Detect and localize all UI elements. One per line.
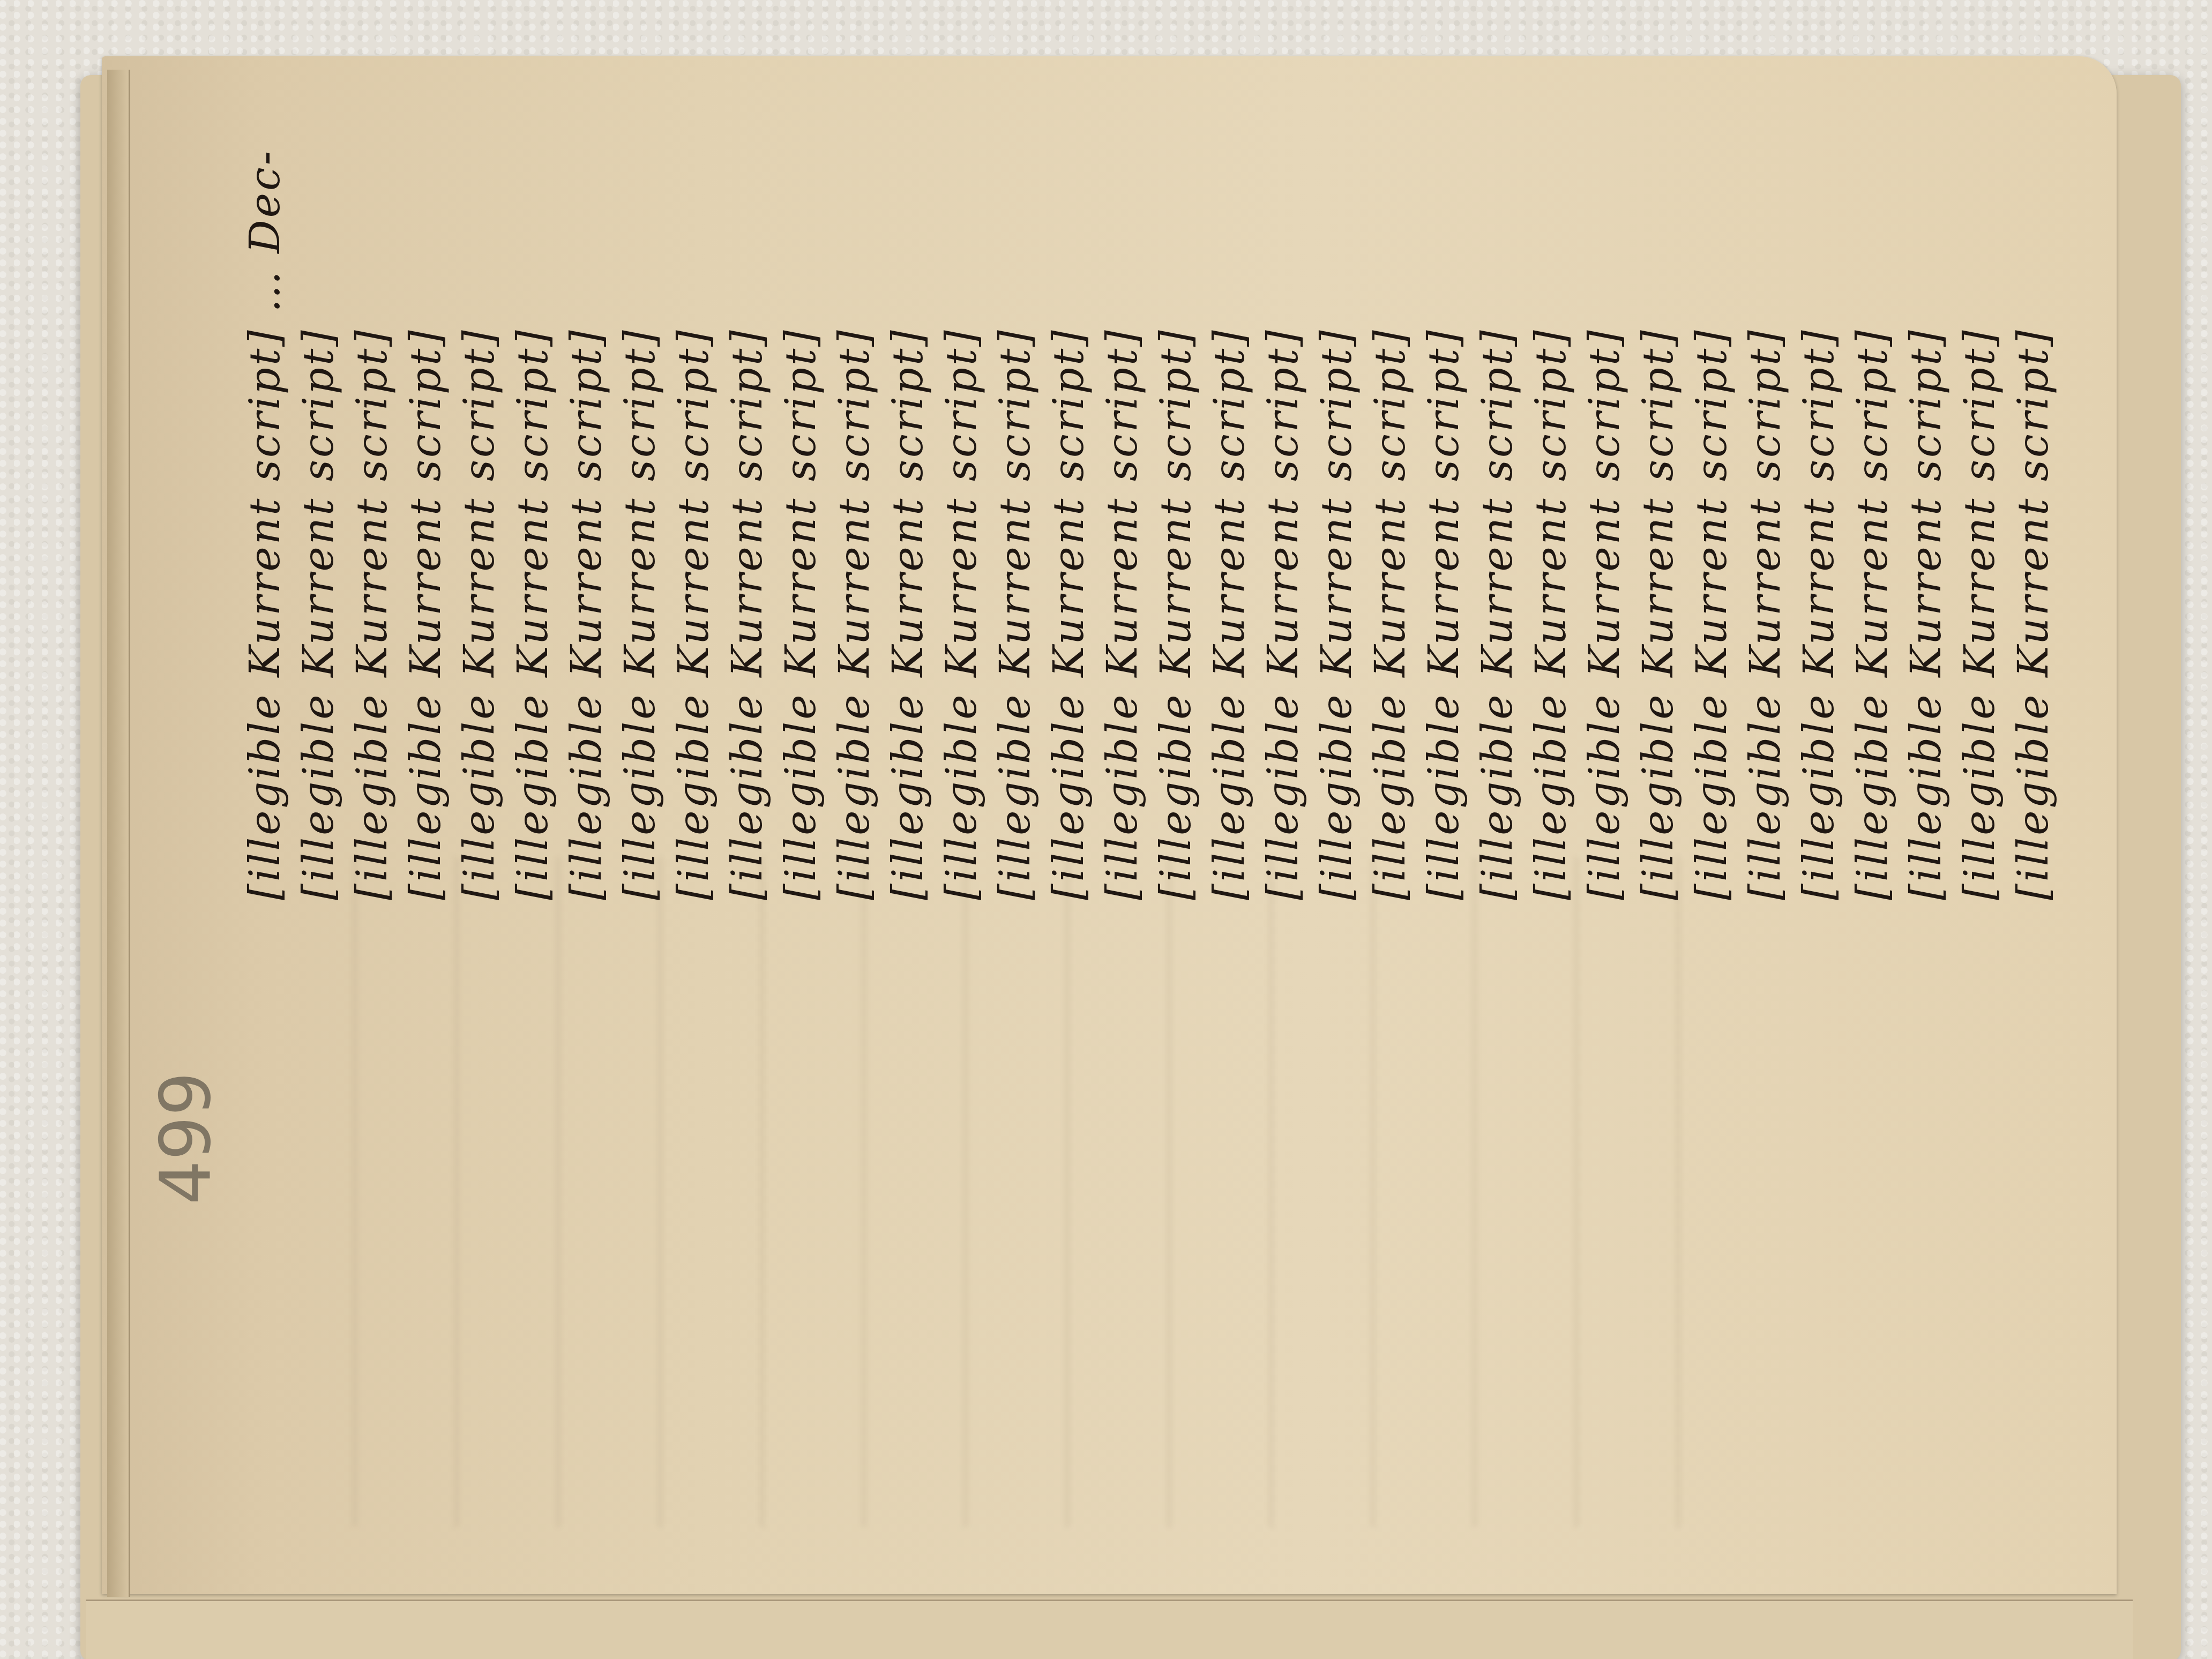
handwritten-line: [illegible Kurrent script]	[2004, 86, 2063, 900]
handwritten-line: [illegible Kurrent script]	[1147, 86, 1206, 900]
handwritten-line: [illegible Kurrent script]	[772, 86, 831, 900]
handwritten-line: [illegible Kurrent script]	[1897, 86, 1956, 900]
handwritten-line: [illegible Kurrent script]	[1468, 86, 1527, 900]
handwritten-line: [illegible Kurrent script]	[1843, 86, 1902, 900]
handwritten-line: [illegible Kurrent script]	[1683, 86, 1742, 900]
handwritten-line: [illegible Kurrent script]	[557, 86, 616, 900]
handwritten-line: [illegible Kurrent script]	[1040, 86, 1098, 900]
handwritten-line: [illegible Kurrent script]	[1361, 86, 1420, 900]
handwritten-line: [illegible Kurrent script]	[1307, 86, 1366, 900]
handwritten-line: [illegible Kurrent script]	[343, 86, 402, 900]
handwritten-line: [illegible Kurrent script]	[1200, 86, 1259, 900]
handwritten-text-block: [illegible Kurrent script] … Dec-[illegi…	[230, 64, 2095, 900]
handwritten-line: [illegible Kurrent script]	[1093, 86, 1152, 900]
handwritten-line: [illegible Kurrent script]	[611, 86, 670, 900]
handwritten-line: [illegible Kurrent script]	[397, 86, 455, 900]
handwritten-line: [illegible Kurrent script]	[1951, 86, 2009, 900]
handwritten-line: [illegible Kurrent script]	[986, 86, 1045, 900]
handwritten-line: [illegible Kurrent script]	[1522, 86, 1581, 900]
handwritten-line: [illegible Kurrent script]	[1736, 86, 1795, 900]
handwritten-line: [illegible Kurrent script]	[289, 86, 348, 900]
ink-bleed-through	[289, 857, 1736, 1527]
next-page-edge	[86, 1600, 2133, 1659]
handwritten-line: [illegible Kurrent script]	[1415, 86, 1474, 900]
book-spine-edge	[107, 70, 130, 1597]
handwritten-line: [illegible Kurrent script]	[932, 86, 991, 900]
handwritten-line: [illegible Kurrent script]	[1629, 86, 1688, 900]
handwritten-line: [illegible Kurrent script]	[450, 86, 509, 900]
handwritten-line: [illegible Kurrent script]	[1254, 86, 1313, 900]
handwritten-line: [illegible Kurrent script]	[718, 86, 777, 900]
handwritten-line: [illegible Kurrent script]	[1790, 86, 1849, 900]
handwritten-line: [illegible Kurrent script] … Dec-	[236, 86, 295, 900]
handwritten-line: [illegible Kurrent script]	[504, 86, 563, 900]
handwritten-line: [illegible Kurrent script]	[664, 86, 723, 900]
handwritten-line: [illegible Kurrent script]	[825, 86, 884, 900]
handwritten-line: [illegible Kurrent script]	[879, 86, 938, 900]
handwritten-line: [illegible Kurrent script]	[1575, 86, 1634, 900]
pencil-page-number: 499	[145, 1072, 226, 1205]
